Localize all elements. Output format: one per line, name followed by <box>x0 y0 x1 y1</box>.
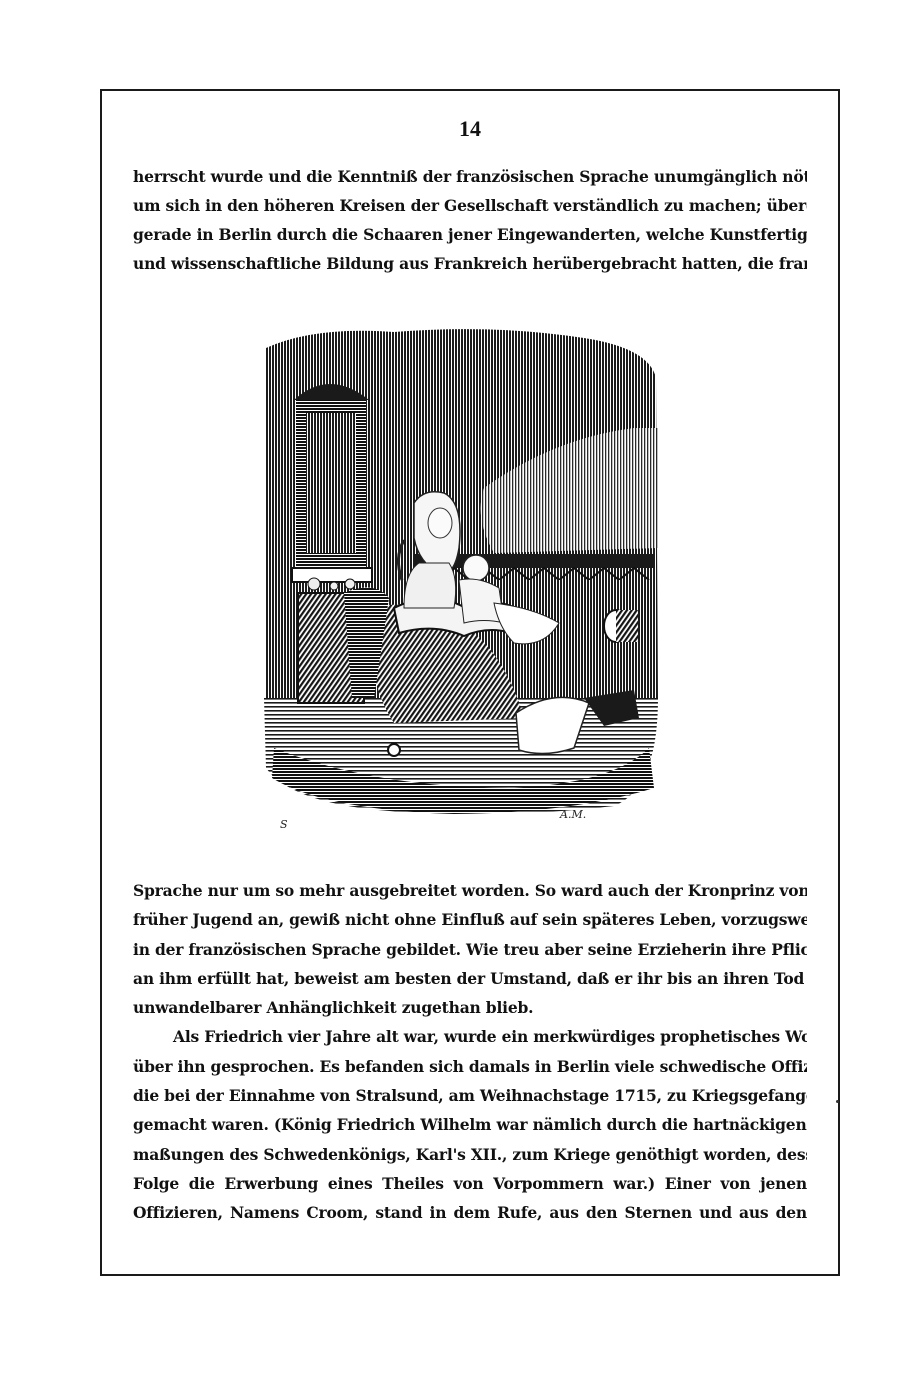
text-line: und wissenschaftliche Bildung aus Frankr… <box>133 249 807 278</box>
text-line: um sich in den höheren Kreisen der Gesel… <box>133 191 807 220</box>
text-line: herrscht wurde und die Kenntniß der fran… <box>133 162 807 191</box>
text-line: die bei der Einnahme von Stralsund, am W… <box>133 1081 807 1110</box>
text-line: unwandelbarer Anhänglichkeit zugethan bl… <box>133 993 807 1022</box>
text-line: an ihm erfüllt hat, beweist am besten de… <box>133 964 807 993</box>
illustration-graphic <box>254 318 660 818</box>
text-line: gerade in Berlin durch die Schaaren jene… <box>133 220 807 249</box>
text-line: gemacht waren. (König Friedrich Wilhelm … <box>133 1110 807 1139</box>
text-line: in der französischen Sprache gebildet. W… <box>133 935 807 964</box>
text-line: Als Friedrich vier Jahre alt war, wurde … <box>133 1022 807 1051</box>
text-line: Sprache nur um so mehr ausgebreitet word… <box>133 876 807 905</box>
bottom-paragraph: Sprache nur um so mehr ausgebreitet word… <box>133 876 807 1228</box>
engraving-illustration <box>254 318 660 818</box>
print-speck <box>836 1100 839 1103</box>
top-paragraph: herrscht wurde und die Kenntniß der fran… <box>133 162 807 278</box>
engraver-signature-left: S <box>280 818 288 831</box>
engraver-signature-right: A.M. <box>560 808 586 821</box>
page-number: 14 <box>100 116 840 142</box>
text-line: maßungen des Schwedenkönigs, Karl's XII.… <box>133 1140 807 1169</box>
text-line: über ihn gesprochen. Es befanden sich da… <box>133 1052 807 1081</box>
text-line: Folge die Erwerbung eines Theiles von Vo… <box>133 1169 807 1198</box>
text-line: Offizieren, Namens Croom, stand in dem R… <box>133 1198 807 1227</box>
text-line: früher Jugend an, gewiß nicht ohne Einfl… <box>133 905 807 934</box>
